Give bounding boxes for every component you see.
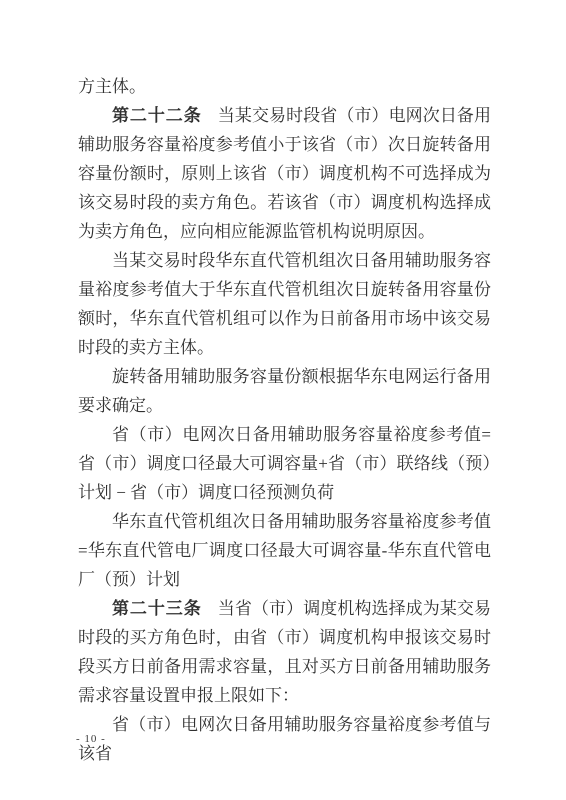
paragraph-east-china-units: 当某交易时段华东直代管机组次日备用辅助服务容量裕度参考值大于华东直代管机组次日旋… [78,246,491,362]
document-body: 方主体。 第二十二条当某交易时段省（市）电网次日备用辅助服务容量裕度参考值小于该… [78,72,491,768]
article-23-heading: 第二十三条 [112,599,202,618]
paragraph-formula-east-china: 华东直代管机组次日备用辅助服务容量裕度参考值=华东直代管电厂调度口径最大可调容量… [78,507,491,594]
document-page: 方主体。 第二十二条当某交易时段省（市）电网次日备用辅助服务容量裕度参考值小于该… [0,0,566,800]
paragraph-article-22: 第二十二条当某交易时段省（市）电网次日备用辅助服务容量裕度参考值小于该省（市）次… [78,101,491,246]
article-22-heading: 第二十二条 [112,106,202,125]
paragraph-article-23: 第二十三条当省（市）调度机构选择成为某交易时段的买方角色时，由省（市）调度机构申… [78,594,491,710]
paragraph-trailing: 省（市）电网次日备用辅助服务容量裕度参考值与该省 [78,710,491,768]
paragraph-spinning-reserve-quota: 旋转备用辅助服务容量份额根据华东电网运行备用要求确定。 [78,362,491,420]
article-22-text: 当某交易时段省（市）电网次日备用辅助服务容量裕度参考值小于该省（市）次日旋转备用… [78,106,491,241]
paragraph-continuation: 方主体。 [78,72,491,101]
page-number: - 10 - [76,732,106,746]
paragraph-formula-provincial: 省（市）电网次日备用辅助服务容量裕度参考值=省（市）调度口径最大可调容量+省（市… [78,420,491,507]
